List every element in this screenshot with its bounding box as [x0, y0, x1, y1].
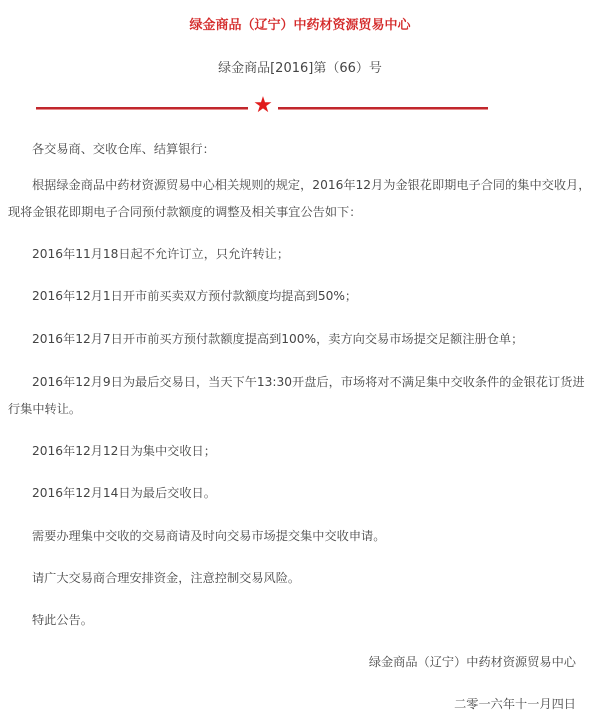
paragraph-text: 2016年12月1日开市前买卖双方预付款额度均提高到50%；	[32, 289, 357, 303]
salutation: 各交易商、交收仓库、结算银行：	[8, 136, 592, 163]
paragraph-item: 需要办理集中交收的交易商请及时向交易市场提交集中交收申请。	[8, 523, 592, 550]
signature-organization: 绿金商品（辽宁）中药材资源贸易中心	[369, 653, 576, 670]
paragraph-item: 请广大交易商合理安排资金，注意控制交易风险。	[8, 565, 592, 592]
paragraph-text: 请广大交易商合理安排资金，注意控制交易风险。	[32, 571, 300, 585]
paragraph-text: 2016年12月9日为最后交易日，当天下午13:30开盘后，市场将对不满足集中交…	[8, 375, 585, 416]
paragraph-text: 根据绿金商品中药材资源贸易中心相关规则的规定，2016年12月为金银花即期电子合…	[8, 178, 590, 219]
header-divider: ★	[0, 98, 600, 118]
paragraph-closing: 特此公告。	[8, 607, 592, 634]
paragraph-text: 需要办理集中交收的交易商请及时向交易市场提交集中交收申请。	[32, 529, 385, 543]
divider-rule-right	[278, 107, 488, 109]
paragraph-item: 2016年12月9日为最后交易日，当天下午13:30开盘后，市场将对不满足集中交…	[8, 369, 592, 423]
paragraph-text: 2016年12月7日开市前买方预付款额度提高到100%，卖方向交易市场提交足额注…	[32, 332, 523, 346]
divider-rule-left	[36, 107, 248, 109]
paragraph-item: 2016年12月7日开市前买方预付款额度提高到100%，卖方向交易市场提交足额注…	[8, 326, 592, 353]
star-icon: ★	[250, 95, 276, 117]
paragraph-item: 2016年12月14日为最后交收日。	[8, 480, 592, 507]
paragraph-intro: 根据绿金商品中药材资源贸易中心相关规则的规定，2016年12月为金银花即期电子合…	[8, 172, 592, 226]
signature-date: 二零一六年十一月四日	[454, 695, 576, 712]
paragraph-text: 特此公告。	[32, 613, 93, 627]
paragraph-text: 2016年12月14日为最后交收日。	[32, 486, 216, 500]
paragraph-item: 2016年12月1日开市前买卖双方预付款额度均提高到50%；	[8, 283, 592, 310]
paragraph-item: 2016年11月18日起不允许订立，只允许转让；	[8, 241, 592, 268]
salutation-text: 各交易商、交收仓库、结算银行：	[32, 142, 215, 156]
paragraph-text: 2016年12月12日为集中交收日；	[32, 444, 216, 458]
paragraph-text: 2016年11月18日起不允许订立，只允许转让；	[32, 247, 289, 261]
document-title: 绿金商品（辽宁）中药材资源贸易中心	[0, 14, 600, 33]
document-number: 绿金商品[2016]第（66）号	[0, 57, 600, 76]
paragraph-item: 2016年12月12日为集中交收日；	[8, 438, 592, 465]
